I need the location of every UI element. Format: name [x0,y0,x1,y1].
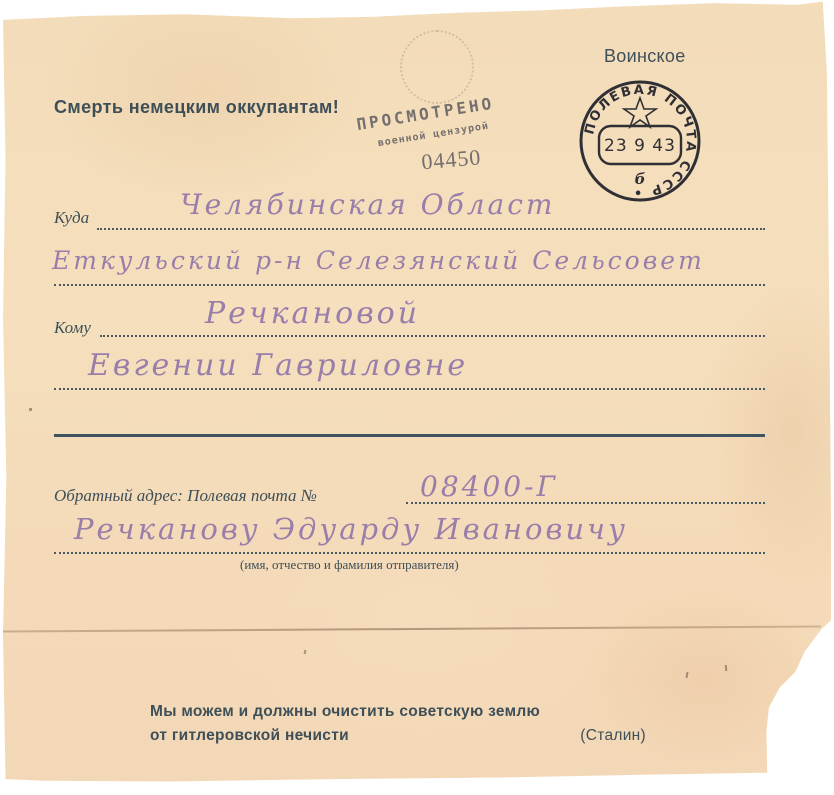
to-where-line-1 [97,228,765,230]
return-address-label: Обратный адрес: Полевая почта № [54,486,317,506]
corner-label: Воинское [604,46,686,67]
postmark-graphic: ПОЛЕВАЯ ПОЧТА СССР • 23 9 43 б [577,78,703,204]
to-where-label: Куда [54,208,89,228]
to-where-handwriting-2: Еткульский р-н Селезянский Сельсовет [52,246,705,275]
postmark-index: б [635,170,646,188]
to-whom-handwriting-2: Евгении Гавриловне [88,348,468,383]
header-slogan: Смерть немецким оккупантам! [54,97,339,118]
footer-quote-line1: Мы можем и должны очистить советскую зем… [150,700,650,724]
sender-hint: (имя, отчество и фамилия отправителя) [240,557,459,573]
to-whom-line-2 [54,388,765,390]
censor-stamp-number: 04450 [420,144,482,175]
footer-quote-author: (Сталин) [580,724,646,748]
to-where-line-2 [54,284,765,286]
sender-name-handwriting: Речканову Эдуарду Ивановичу [74,512,628,546]
star-icon [624,98,656,127]
to-where-handwriting-1: Челябинская Област [180,188,555,221]
field-post-number: 08400-Г [420,470,558,503]
footer-quote-line2: от гитлеровской нечисти [150,724,349,748]
footer-quote: Мы можем и должны очистить советскую зем… [150,700,650,748]
postmark-date: 23 9 43 [604,136,676,156]
sender-line [54,552,765,554]
postmark: ПОЛЕВАЯ ПОЧТА СССР • 23 9 43 б [577,78,703,204]
to-whom-label: Кому [54,318,91,338]
address-divider [54,434,765,437]
to-whom-line-1 [100,335,765,337]
to-whom-handwriting-1: Речкановой [205,296,420,331]
